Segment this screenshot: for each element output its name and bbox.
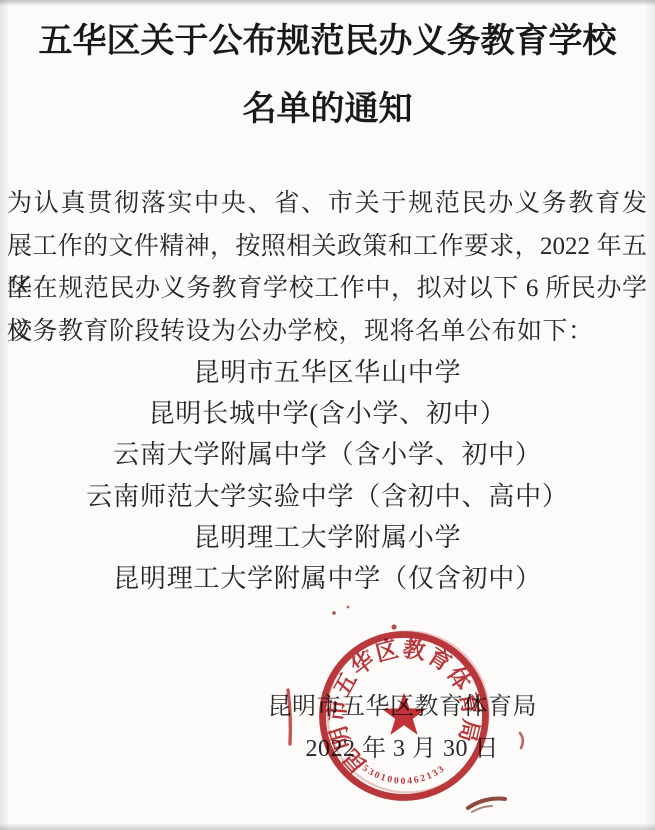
ink-dot: [347, 606, 350, 609]
school-list-item: 云南大学附属中学（含小学、初中）: [0, 434, 655, 475]
school-list-item: 昆明市五华区华山中学: [0, 352, 655, 393]
body-text-line: 区在规范民办义务教育学校工作中，拟对以下 6 所民办学校: [7, 268, 647, 311]
school-list-item: 昆明长城中学(含小学、初中）: [0, 393, 655, 434]
body-text-line: 义务教育阶段转设为公办学校，现将名单公布如下：: [7, 311, 647, 354]
body-text-line: 展工作的文件精神，按照相关政策和工作要求，2022 年五华: [7, 226, 647, 269]
official-seal: 昆明市五华区教育体育局 5301000462133: [307, 619, 501, 813]
school-list: 昆明市五华区华山中学 昆明长城中学(含小学、初中） 云南大学附属中学（含小学、初…: [0, 352, 655, 599]
school-list-item: 昆明理工大学附属中学（仅含初中）: [0, 558, 655, 599]
seal-serial-number: 5301000462133: [360, 763, 448, 787]
school-list-item: 昆明理工大学附属小学: [0, 517, 655, 558]
body-text-line: 为认真贯彻落实中央、省、市关于规范民办义务教育发: [7, 183, 647, 226]
title-line-1: 五华区关于公布规范民办义务教育学校: [0, 7, 655, 75]
school-list-item: 云南师范大学实验中学（含初中、高中）: [0, 476, 655, 517]
seal-star-icon: [382, 693, 426, 735]
svg-text:5301000462133: 5301000462133: [360, 763, 448, 787]
notice-document: 五华区关于公布规范民办义务教育学校 名单的通知 为认真贯彻落实中央、省、市关于规…: [0, 0, 655, 830]
ink-dot: [332, 611, 336, 615]
notice-title: 五华区关于公布规范民办义务教育学校 名单的通知: [0, 7, 655, 143]
notice-body-paragraph: 为认真贯彻落实中央、省、市关于规范民办义务教育发 展工作的文件精神，按照相关政策…: [7, 183, 647, 353]
title-line-2: 名单的通知: [0, 75, 655, 143]
